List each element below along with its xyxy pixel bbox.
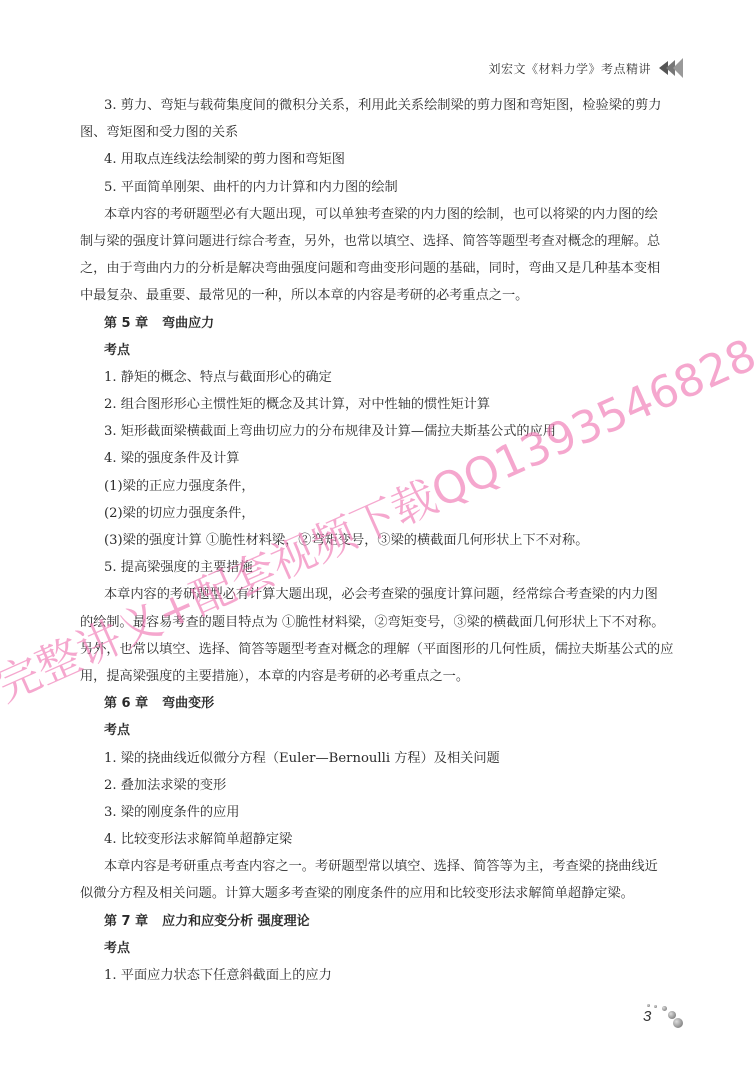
list-item: 1. 梁的挠曲线近似微分方程（Euler—Bernoulli 方程）及相关问题 [104,745,684,772]
triple-left-arrow-icon [661,58,683,78]
gradient-dots-icon [643,1000,703,1040]
list-item: (3)梁的强度计算 ①脆性材料梁，②弯矩变号，③梁的横截面几何形状上下不对称。 [104,527,684,554]
paragraph-line: 本章内容是考研重点考查内容之一。考研题型常以填空、选择、简答等为主，考查梁的挠曲… [104,853,684,880]
section-heading: 考点 [104,337,684,364]
list-item: 5. 提高梁强度的主要措施 [104,554,684,581]
list-item: 2. 叠加法求梁的变形 [104,772,684,799]
chapter-title: 弯曲应力 [162,316,214,331]
text-line: 图、弯矩图和受力图的关系 [80,119,684,146]
list-item: 3. 梁的刚度条件的应用 [104,799,684,826]
chapter-number: 第 7 章 [104,914,148,929]
text-line: 之，由于弯曲内力的分析是解决弯曲强度问题和弯曲变形问题的基础，同时，弯曲又是几种… [80,255,684,282]
chapter-title: 弯曲变形 [162,696,214,711]
list-item: 4. 比较变形法求解简单超静定梁 [104,826,684,853]
paragraph-line: 本章内容的考研题型必有大题出现，可以单独考查梁的内力图的绘制，也可以将梁的内力图… [104,201,684,228]
chapter-number: 第 6 章 [104,696,148,711]
page-body: 3. 剪力、弯矩与载荷集度间的微积分关系，利用此关系绘制梁的剪力图和弯矩图，检验… [104,92,684,989]
header-title: 刘宏文《材料力学》考点精讲 [488,60,651,77]
list-item: 4. 梁的强度条件及计算 [104,445,684,472]
text-line: 似微分方程及相关问题。计算大题多考查梁的刚度条件的应用和比较变形法求解简单超静定… [80,880,684,907]
section-heading: 考点 [104,935,684,962]
chapter-heading: 第 6 章弯曲变形 [104,690,684,717]
paragraph-line: 本章内容的考研题型必有计算大题出现，必会考查梁的强度计算问题，经常综合考查梁的内… [104,581,684,608]
chapter-title: 应力和应变分析 强度理论 [162,914,310,929]
section-heading: 考点 [104,717,684,744]
list-item: (1)梁的正应力强度条件， [104,473,684,500]
text-line: 另外，也常以填空、选择、简答等题型考查对概念的理解（平面图形的几何性质，儒拉夫斯… [80,636,684,663]
chapter-number: 第 5 章 [104,316,148,331]
list-item: 2. 组合图形形心主惯性矩的概念及其计算，对中性轴的惯性矩计算 [104,391,684,418]
running-header: 刘宏文《材料力学》考点精讲 [488,58,683,78]
text-line: 制与梁的强度计算问题进行综合考查，另外，也常以填空、选择、简答等题型考查对概念的… [80,228,684,255]
list-item: 3. 矩形截面梁横截面上弯曲切应力的分布规律及计算—儒拉夫斯基公式的应用 [104,418,684,445]
list-item: 1. 平面应力状态下任意斜截面上的应力 [104,962,684,989]
text-line: 用，提高梁强度的主要措施），本章的内容是考研的必考重点之一。 [80,663,684,690]
list-item: 5. 平面简单刚架、曲杆的内力计算和内力图的绘制 [104,174,684,201]
list-item: 4. 用取点连线法绘制梁的剪力图和弯矩图 [104,146,684,173]
list-item: 3. 剪力、弯矩与载荷集度间的微积分关系，利用此关系绘制梁的剪力图和弯矩图，检验… [104,92,684,119]
page-number: 3 [643,1008,651,1025]
chapter-heading: 第 7 章应力和应变分析 强度理论 [104,908,684,935]
list-item: 1. 静矩的概念、特点与截面形心的确定 [104,364,684,391]
text-line: 的绘制。最容易考查的题目特点为 ①脆性材料梁，②弯矩变号，③梁的横截面几何形状上… [80,609,684,636]
chapter-heading: 第 5 章弯曲应力 [104,310,684,337]
list-item: (2)梁的切应力强度条件， [104,500,684,527]
text-line: 中最复杂、最重要、最常见的一种，所以本章的内容是考研的必考重点之一。 [80,282,684,309]
